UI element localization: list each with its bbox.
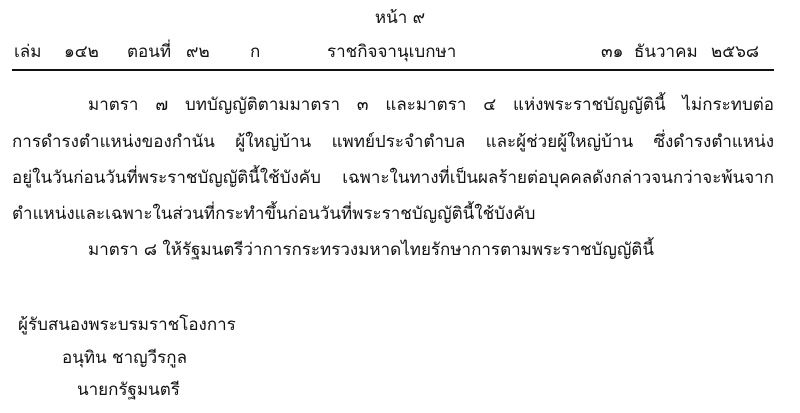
signatory-title: นายกรัฐมนตรี (77, 375, 180, 405)
volume-label: เล่ม (14, 38, 41, 66)
section-7-line-4: ตำแหน่งและเฉพาะในส่วนที่กระทำขึ้นก่อนวัน… (12, 199, 774, 229)
section-8-paragraph: มาตรา ๘ ให้รัฐมนตรีว่าการกระทรวงมหาดไทยร… (88, 235, 800, 265)
date-year: ๒๕๖๘ (711, 38, 759, 66)
volume-number: ๑๔๒ (64, 38, 99, 66)
section-7-line-1: มาตรา ๗ บทบัญญัติตามมาตรา ๓ และมาตรา ๔ แ… (88, 90, 774, 120)
date-day: ๓๑ (601, 38, 623, 66)
publication-name: ราชกิจจานุเบกษา (327, 38, 456, 66)
page-number: หน้า ๙ (0, 6, 800, 30)
date-month: ธันวาคม (634, 38, 698, 66)
section-letter: ก (250, 38, 260, 66)
header-divider (12, 69, 774, 71)
section-7-line-2: การดำรงตำแหน่งของกำนัน ผู้ใหญ่บ้าน แพทย์… (12, 127, 774, 157)
issue-label: ตอนที่ (127, 38, 171, 66)
gazette-header: เล่ม ๑๔๒ ตอนที่ ๙๒ ก ราชกิจจานุเบกษา ๓๑ … (14, 38, 774, 66)
signatory-name: อนุทิน ชาญวีรกูล (62, 343, 187, 373)
countersign-label: ผู้รับสนองพระบรมราชโองการ (18, 310, 236, 340)
section-7-line-3: อยู่ในวันก่อนวันที่พระราชบัญญัตินี้ใช้บั… (12, 163, 774, 193)
issue-number: ๙๒ (186, 38, 210, 66)
